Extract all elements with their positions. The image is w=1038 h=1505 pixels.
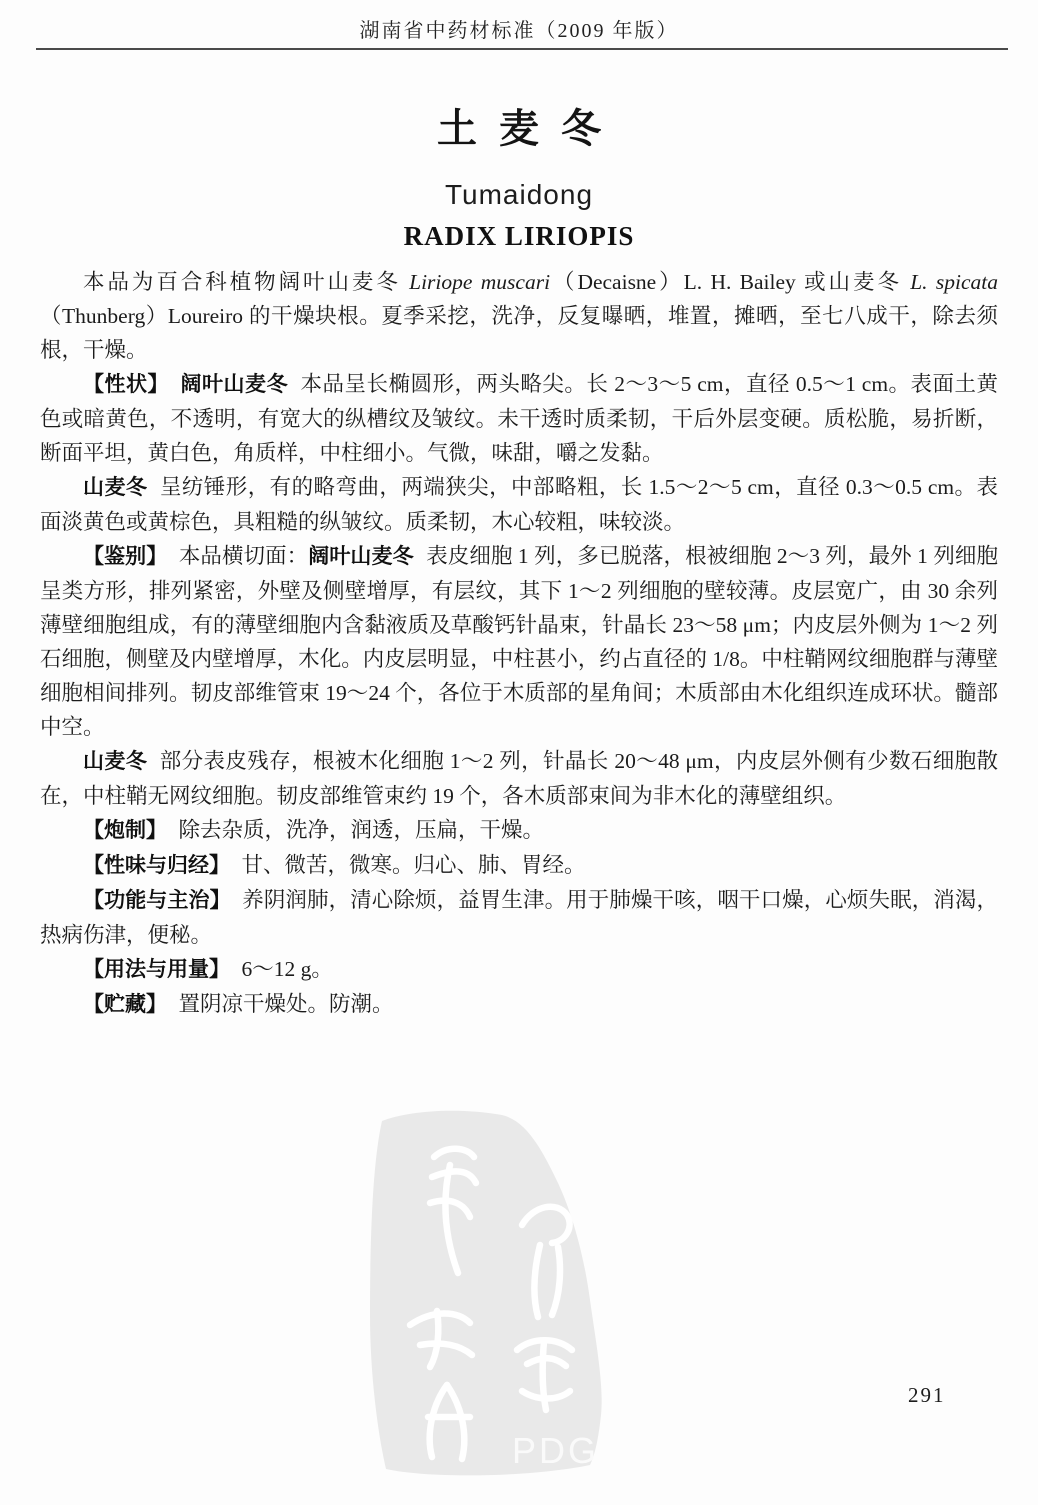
paragraph-characteristics: 【性状】阔叶山麦冬本品呈长椭圆形，两头略尖。长 2～3～5 cm，直径 0.5～… — [40, 367, 998, 470]
paragraph-functions-indications: 【功能与主治】养阴润肺，清心除烦，益胃生津。用于肺燥干咳，咽干口燥，心烦失眠，消… — [40, 883, 998, 952]
paragraph-processing: 【炮制】除去杂质，洗净，润透，压扁，干燥。 — [40, 813, 998, 848]
watermark-seal-shape — [370, 1111, 602, 1476]
document-body: 本品为百合科植物阔叶山麦冬 Liriope muscari（Decaisne）L… — [40, 265, 998, 1022]
source-text: 本品为百合科植物阔叶山麦冬 — [83, 270, 409, 294]
section-label: 【功能与主治】 — [83, 889, 231, 912]
section-text: 甘、微苦，微寒。归心、肺、胃经。 — [242, 853, 586, 877]
section-text: 6～12 g。 — [242, 957, 333, 981]
section-label: 【贮藏】 — [83, 993, 167, 1016]
paragraph-storage: 【贮藏】置阴凉干燥处。防潮。 — [40, 987, 998, 1022]
header-title: 湖南省中药材标准（2009 年版） — [360, 20, 679, 42]
section-label: 【鉴别】 — [83, 545, 167, 568]
page-number: 291 — [908, 1383, 946, 1408]
section-label: 【性味与归经】 — [83, 854, 230, 877]
section-intro: 本品横切面： — [179, 544, 308, 568]
subspecies-name: 阔叶山麦冬 — [181, 373, 288, 396]
section-text: 呈纺锤形，有的略弯曲，两端狭尖，中部略粗，长 1.5～2～5 cm，直径 0.3… — [40, 475, 998, 534]
watermark-pdg-label: PDG — [512, 1430, 599, 1471]
latin-species-name: L. spicata — [910, 270, 998, 294]
drug-title-latin: RADIX LIRIOPIS — [0, 221, 1038, 252]
paragraph-characteristics-2: 山麦冬呈纺锤形，有的略弯曲，两端狭尖，中部略粗，长 1.5～2～5 cm，直径 … — [40, 470, 998, 539]
section-label: 【炮制】 — [83, 819, 167, 842]
latin-species-name: Liriope muscari — [409, 270, 550, 294]
header-rule — [36, 48, 1008, 50]
watermark-seal: PDG — [362, 1105, 614, 1483]
source-text: （Decaisne）L. H. Bailey 或山麦冬 — [550, 270, 910, 294]
paragraph-property-meridian: 【性味与归经】甘、微苦，微寒。归心、肺、胃经。 — [40, 848, 998, 883]
section-text: 表皮细胞 1 列，多已脱落，根被细胞 2～3 列，最外 1 列细胞呈类方形，排列… — [40, 544, 998, 739]
section-text: 置阴凉干燥处。防潮。 — [179, 992, 394, 1016]
section-text: 除去杂质，洗净，润透，压扁，干燥。 — [179, 818, 545, 842]
source-text: （Thunberg）Loureiro 的干燥块根。夏季采挖，洗净，反复曝晒，堆置… — [40, 304, 998, 362]
section-label: 【性状】 — [83, 373, 169, 396]
section-label: 【用法与用量】 — [83, 958, 230, 981]
document-page: 湖南省中药材标准（2009 年版） 土麦冬 Tumaidong RADIX LI… — [0, 0, 1038, 1505]
paragraph-identification: 【鉴别】本品横切面：阔叶山麦冬表皮细胞 1 列，多已脱落，根被细胞 2～3 列，… — [40, 539, 998, 744]
subspecies-name: 山麦冬 — [83, 476, 147, 499]
paragraph-source: 本品为百合科植物阔叶山麦冬 Liriope muscari（Decaisne）L… — [40, 265, 998, 367]
subspecies-name: 山麦冬 — [83, 750, 147, 773]
section-text: 部分表皮残存，根被木化细胞 1～2 列，针晶长 20～48 μm，内皮层外侧有少… — [40, 749, 998, 808]
paragraph-identification-2: 山麦冬部分表皮残存，根被木化细胞 1～2 列，针晶长 20～48 μm，内皮层外… — [40, 744, 998, 813]
drug-title-pinyin: Tumaidong — [0, 179, 1038, 211]
page-header: 湖南省中药材标准（2009 年版） — [0, 14, 1038, 43]
drug-title-chinese: 土麦冬 — [0, 97, 1038, 154]
paragraph-dosage: 【用法与用量】6～12 g。 — [40, 952, 998, 987]
subspecies-name: 阔叶山麦冬 — [308, 545, 413, 568]
